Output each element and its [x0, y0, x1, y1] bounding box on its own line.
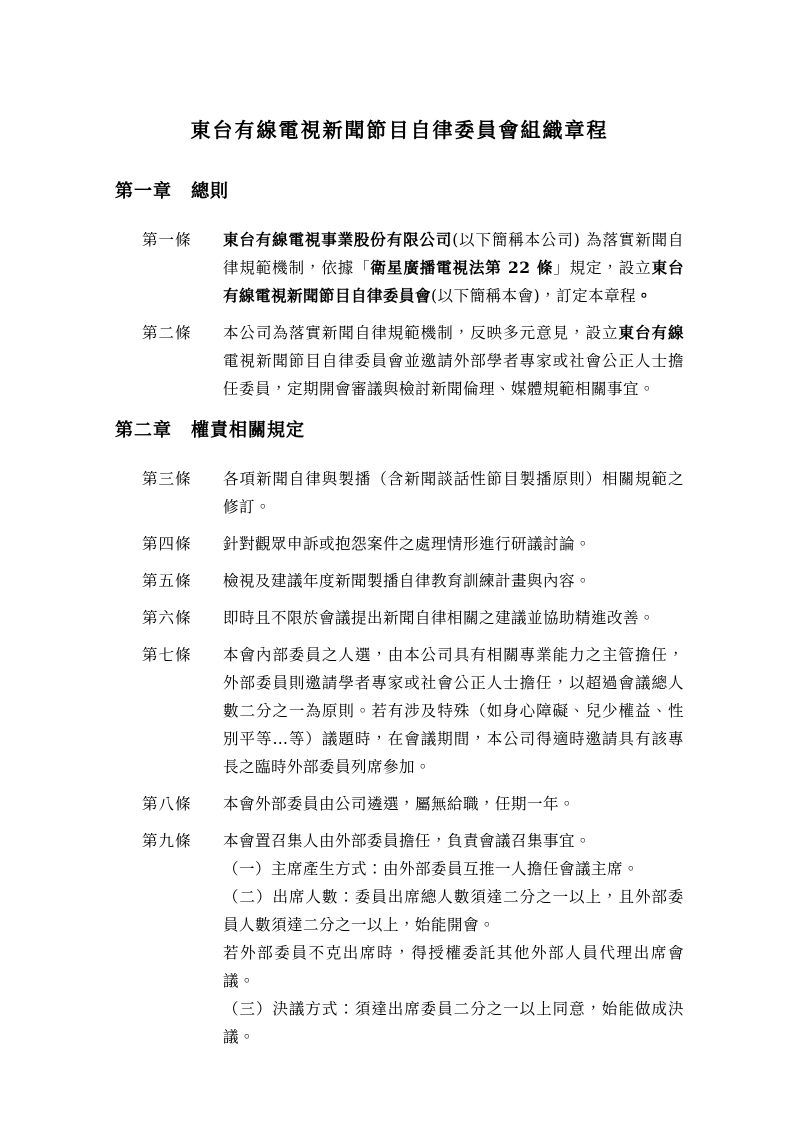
- document-page: 東台有線電視新聞節目自律委員會組織章程 第一章 總則第一條東台有線電視事業股份有…: [0, 0, 797, 1125]
- text-segment: （二）出席人數：委員出席總人數須達二分之一以上，且外部委員人數須達二分之一以上，…: [223, 888, 684, 934]
- article-body: 檢視及建議年度新聞製播自律教育訓練計畫與內容。: [223, 567, 684, 595]
- article-body: 本會置召集人由外部委員擔任，負責會議召集事宜。（一）主席產生方式：由外部委員互推…: [223, 827, 684, 1051]
- article-label: 第二條: [142, 319, 223, 347]
- article-body: 本公司為落實新聞自律規範機制，反映多元意見，設立東台有線電視新聞節目自律委員會並…: [223, 319, 684, 403]
- document-title: 東台有線電視新聞節目自律委員會組織章程: [115, 116, 684, 144]
- article-row: 第九條本會置召集人由外部委員擔任，負責會議召集事宜。（一）主席產生方式：由外部委…: [142, 827, 684, 1051]
- text-segment: （三）決議方式：須達出席委員二分之一以上同意，始能做成決議。: [223, 1000, 684, 1046]
- text-segment: 本會外部委員由公司遴選，屬無給職，任期一年。: [223, 795, 575, 813]
- text-segment: 若外部委員不克出席時，得授權委託其他外部人員代理出席會議。: [223, 944, 684, 990]
- article-paragraph: （三）決議方式：須達出席委員二分之一以上同意，始能做成決議。: [223, 995, 684, 1051]
- article-body: 本會外部委員由公司遴選，屬無給職，任期一年。: [223, 790, 684, 818]
- article-row: 第五條檢視及建議年度新聞製播自律教育訓練計畫與內容。: [142, 567, 684, 595]
- article-row: 第三條各項新聞自律與製播（含新聞談話性節目製播原則）相關規範之修訂。: [142, 465, 684, 521]
- article-paragraph: 東台有線電視事業股份有限公司(以下簡稱本公司) 為落實新聞自律規範機制，依據「衛…: [223, 226, 684, 310]
- text-segment: 」規定，設立: [553, 259, 651, 277]
- article-row: 第二條本公司為落實新聞自律規範機制，反映多元意見，設立東台有線電視新聞節目自律委…: [142, 319, 684, 403]
- bold-text-segment: 。: [636, 286, 652, 305]
- article-paragraph: 若外部委員不克出席時，得授權委託其他外部人員代理出席會議。: [223, 939, 684, 995]
- chapters-container: 第一章 總則第一條東台有線電視事業股份有限公司(以下簡稱本公司) 為落實新聞自律…: [115, 180, 684, 1051]
- article-label: 第五條: [142, 567, 223, 595]
- article-paragraph: 本公司為落實新聞自律規範機制，反映多元意見，設立東台有線電視新聞節目自律委員會並…: [223, 319, 684, 403]
- article-body: 各項新聞自律與製播（含新聞談話性節目製播原則）相關規範之修訂。: [223, 465, 684, 521]
- text-segment: 檢視及建議年度新聞製播自律教育訓練計畫與內容。: [223, 572, 591, 590]
- article-label: 第七條: [142, 641, 223, 669]
- article-paragraph: 各項新聞自律與製播（含新聞談話性節目製播原則）相關規範之修訂。: [223, 465, 684, 521]
- article-label: 第三條: [142, 465, 223, 493]
- text-segment: （一）主席產生方式：由外部委員互推一人擔任會議主席。: [223, 860, 639, 878]
- text-segment: 針對觀眾申訴或抱怨案件之處理情形進行研議討論。: [223, 535, 591, 553]
- article-label: 第一條: [142, 226, 223, 254]
- text-segment: 本公司為落實新聞自律規範機制，反映多元意見，設立: [223, 324, 619, 342]
- text-segment: 各項新聞自律與製播（含新聞談話性節目製播原則）相關規範之修訂。: [223, 470, 684, 516]
- article-label: 第六條: [142, 604, 223, 632]
- article-paragraph: 針對觀眾申訴或抱怨案件之處理情形進行研議討論。: [223, 530, 684, 558]
- bold-text-segment: 衛星廣播電視法第 22 條: [371, 258, 554, 277]
- chapter-heading: 第一章 總則: [115, 180, 684, 204]
- bold-text-segment: 東台有線電視事業股份有限公司: [223, 230, 452, 249]
- article-label: 第四條: [142, 530, 223, 558]
- article-row: 第八條本會外部委員由公司遴選，屬無給職，任期一年。: [142, 790, 684, 818]
- article-body: 即時且不限於會議提出新聞自律相關之建議並協助精進改善。: [223, 604, 684, 632]
- article-label: 第九條: [142, 827, 223, 855]
- article-body: 東台有線電視事業股份有限公司(以下簡稱本公司) 為落實新聞自律規範機制，依據「衛…: [223, 226, 684, 310]
- text-segment: (以下簡稱本會)，訂定本章程: [431, 287, 636, 305]
- bold-text-segment: 東台有線: [619, 323, 684, 342]
- article-label: 第八條: [142, 790, 223, 818]
- text-segment: 即時且不限於會議提出新聞自律相關之建議並協助精進改善。: [223, 609, 655, 627]
- text-segment: 本會置召集人由外部委員擔任，負責會議召集事宜。: [223, 832, 591, 850]
- article-paragraph: 即時且不限於會議提出新聞自律相關之建議並協助精進改善。: [223, 604, 684, 632]
- text-segment: 電視新聞節目自律委員會並邀請外部學者專家或社會公正人士擔任委員，定期開會審議與檢…: [223, 352, 684, 398]
- chapter-heading: 第二章 權責相關規定: [115, 419, 684, 443]
- article-row: 第七條本會內部委員之人選，由本公司具有相關專業能力之主管擔任，外部委員則邀請學者…: [142, 641, 684, 781]
- article-row: 第四條針對觀眾申訴或抱怨案件之處理情形進行研議討論。: [142, 530, 684, 558]
- article-paragraph: 檢視及建議年度新聞製播自律教育訓練計畫與內容。: [223, 567, 684, 595]
- article-body: 本會內部委員之人選，由本公司具有相關專業能力之主管擔任，外部委員則邀請學者專家或…: [223, 641, 684, 781]
- text-segment: 本會內部委員之人選，由本公司具有相關專業能力之主管擔任，外部委員則邀請學者專家或…: [223, 646, 684, 776]
- article-paragraph: （二）出席人數：委員出席總人數須達二分之一以上，且外部委員人數須達二分之一以上，…: [223, 883, 684, 939]
- article-body: 針對觀眾申訴或抱怨案件之處理情形進行研議討論。: [223, 530, 684, 558]
- article-paragraph: 本會外部委員由公司遴選，屬無給職，任期一年。: [223, 790, 684, 818]
- article-row: 第六條即時且不限於會議提出新聞自律相關之建議並協助精進改善。: [142, 604, 684, 632]
- article-row: 第一條東台有線電視事業股份有限公司(以下簡稱本公司) 為落實新聞自律規範機制，依…: [142, 226, 684, 310]
- article-paragraph: 本會內部委員之人選，由本公司具有相關專業能力之主管擔任，外部委員則邀請學者專家或…: [223, 641, 684, 781]
- article-paragraph: （一）主席產生方式：由外部委員互推一人擔任會議主席。: [223, 855, 684, 883]
- article-paragraph: 本會置召集人由外部委員擔任，負責會議召集事宜。: [223, 827, 684, 855]
